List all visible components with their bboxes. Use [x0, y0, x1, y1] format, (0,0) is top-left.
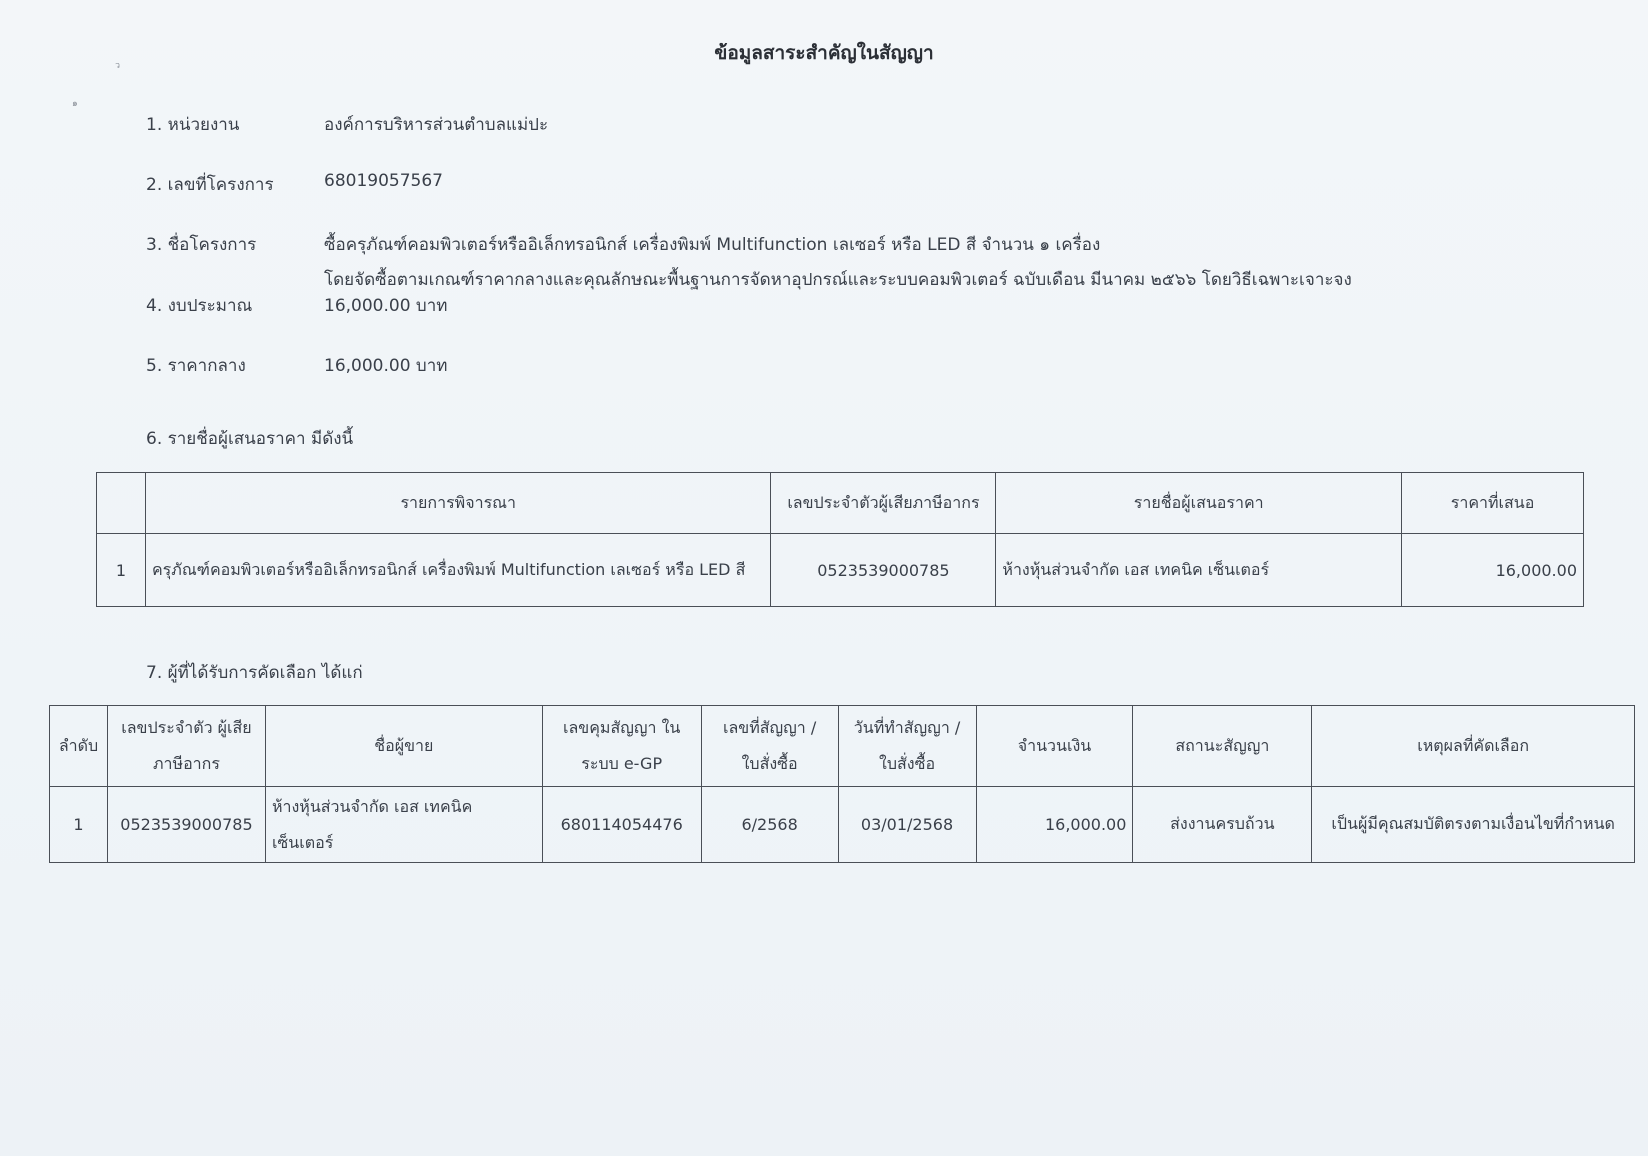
field-value: โดยจัดซื้อตามเกณฑ์ราคากลางและคุณลักษณะพื…: [324, 266, 1352, 293]
column-header: วันที่ทำสัญญา / ใบสั่งซื้อ: [838, 706, 976, 787]
table-header-row: ลำดับ เลขประจำตัว ผู้เสียภาษีอากร ชื่อผู…: [50, 706, 1635, 787]
field-label: 4. งบประมาณ: [146, 292, 326, 319]
column-header: รายชื่อผู้เสนอราคา: [996, 473, 1402, 534]
cell-vendor: ห้างหุ้นส่วนจำกัด เอส เทคนิค เซ็นเตอร์: [265, 787, 542, 863]
cell-item: ครุภัณฑ์คอมพิวเตอร์หรืออิเล็กทรอนิกส์ เค…: [145, 534, 771, 607]
field-label: 1. หน่วยงาน: [146, 111, 326, 138]
column-header: ราคาที่เสนอ: [1402, 473, 1584, 534]
field-value: ซื้อครุภัณฑ์คอมพิวเตอร์หรืออิเล็กทรอนิกส…: [324, 231, 1100, 258]
table-row: 1 ครุภัณฑ์คอมพิวเตอร์หรืออิเล็กทรอนิกส์ …: [97, 534, 1584, 607]
column-header: เลขคุมสัญญา ในระบบ e-GP: [542, 706, 701, 787]
section7-heading: 7. ผู้ที่ได้รับการคัดเลือก ได้แก่: [146, 659, 363, 686]
column-header: ชื่อผู้ขาย: [265, 706, 542, 787]
column-header: จำนวนเงิน: [976, 706, 1133, 787]
cell-no: 1: [50, 787, 108, 863]
document-page: ว ๑ ข้อมูลสาระสำคัญในสัญญา 1. หน่วยงาน อ…: [0, 0, 1648, 1156]
column-header: เลขประจำตัว ผู้เสียภาษีอากร: [107, 706, 265, 787]
cell-amount: 16,000.00: [976, 787, 1133, 863]
cell-contract-no: 6/2568: [701, 787, 838, 863]
field-value: องค์การบริหารส่วนตำบลแม่ปะ: [324, 111, 548, 138]
cell-bidder: ห้างหุ้นส่วนจำกัด เอส เทคนิค เซ็นเตอร์: [996, 534, 1402, 607]
field-label: 3. ชื่อโครงการ: [146, 231, 326, 258]
column-header: เลขประจำตัวผู้เสียภาษีอากร: [771, 473, 996, 534]
selected-vendor-table: ลำดับ เลขประจำตัว ผู้เสียภาษีอากร ชื่อผู…: [49, 705, 1635, 863]
cell-status: ส่งงานครบถ้วน: [1133, 787, 1312, 863]
field-project-name: 3. ชื่อโครงการ ซื้อครุภัณฑ์คอมพิวเตอร์หร…: [146, 231, 326, 258]
table-row: 1 0523539000785 ห้างหุ้นส่วนจำกัด เอส เท…: [50, 787, 1635, 863]
column-header: รายการพิจารณา: [145, 473, 771, 534]
document-title: ข้อมูลสาระสำคัญในสัญญา: [0, 38, 1648, 68]
field-budget: 4. งบประมาณ 16,000.00 บาท: [146, 292, 326, 319]
column-header: [97, 473, 146, 534]
field-project-name-line2: โดยจัดซื้อตามเกณฑ์ราคากลางและคุณลักษณะพื…: [146, 266, 326, 286]
column-header: เลขที่สัญญา / ใบสั่งซื้อ: [701, 706, 838, 787]
field-label: 5. ราคากลาง: [146, 352, 326, 379]
field-project-number: 2. เลขที่โครงการ 68019057567: [146, 171, 326, 198]
cell-tax-id: 0523539000785: [771, 534, 996, 607]
field-value: 16,000.00 บาท: [324, 352, 447, 379]
cell-contract-date: 03/01/2568: [838, 787, 976, 863]
column-header: สถานะสัญญา: [1133, 706, 1312, 787]
table-header-row: รายการพิจารณา เลขประจำตัวผู้เสียภาษีอากร…: [97, 473, 1584, 534]
field-agency: 1. หน่วยงาน องค์การบริหารส่วนตำบลแม่ปะ: [146, 111, 326, 138]
bidders-table: รายการพิจารณา เลขประจำตัวผู้เสียภาษีอากร…: [96, 472, 1584, 607]
field-value: 16,000.00 บาท: [324, 292, 447, 319]
field-median-price: 5. ราคากลาง 16,000.00 บาท: [146, 352, 326, 379]
cell-reason: เป็นผู้มีคุณสมบัติตรงตามเงื่อนไขที่กำหนด: [1312, 787, 1635, 863]
cell-egp-no: 680114054476: [542, 787, 701, 863]
column-header: ลำดับ: [50, 706, 108, 787]
stray-mark: ๑: [72, 96, 78, 110]
cell-no: 1: [97, 534, 146, 607]
cell-tax-id: 0523539000785: [107, 787, 265, 863]
cell-price: 16,000.00: [1402, 534, 1584, 607]
field-label: 2. เลขที่โครงการ: [146, 171, 326, 198]
column-header: เหตุผลที่คัดเลือก: [1312, 706, 1635, 787]
field-value: 68019057567: [324, 171, 443, 191]
section6-heading: 6. รายชื่อผู้เสนอราคา มีดังนี้: [146, 425, 353, 452]
